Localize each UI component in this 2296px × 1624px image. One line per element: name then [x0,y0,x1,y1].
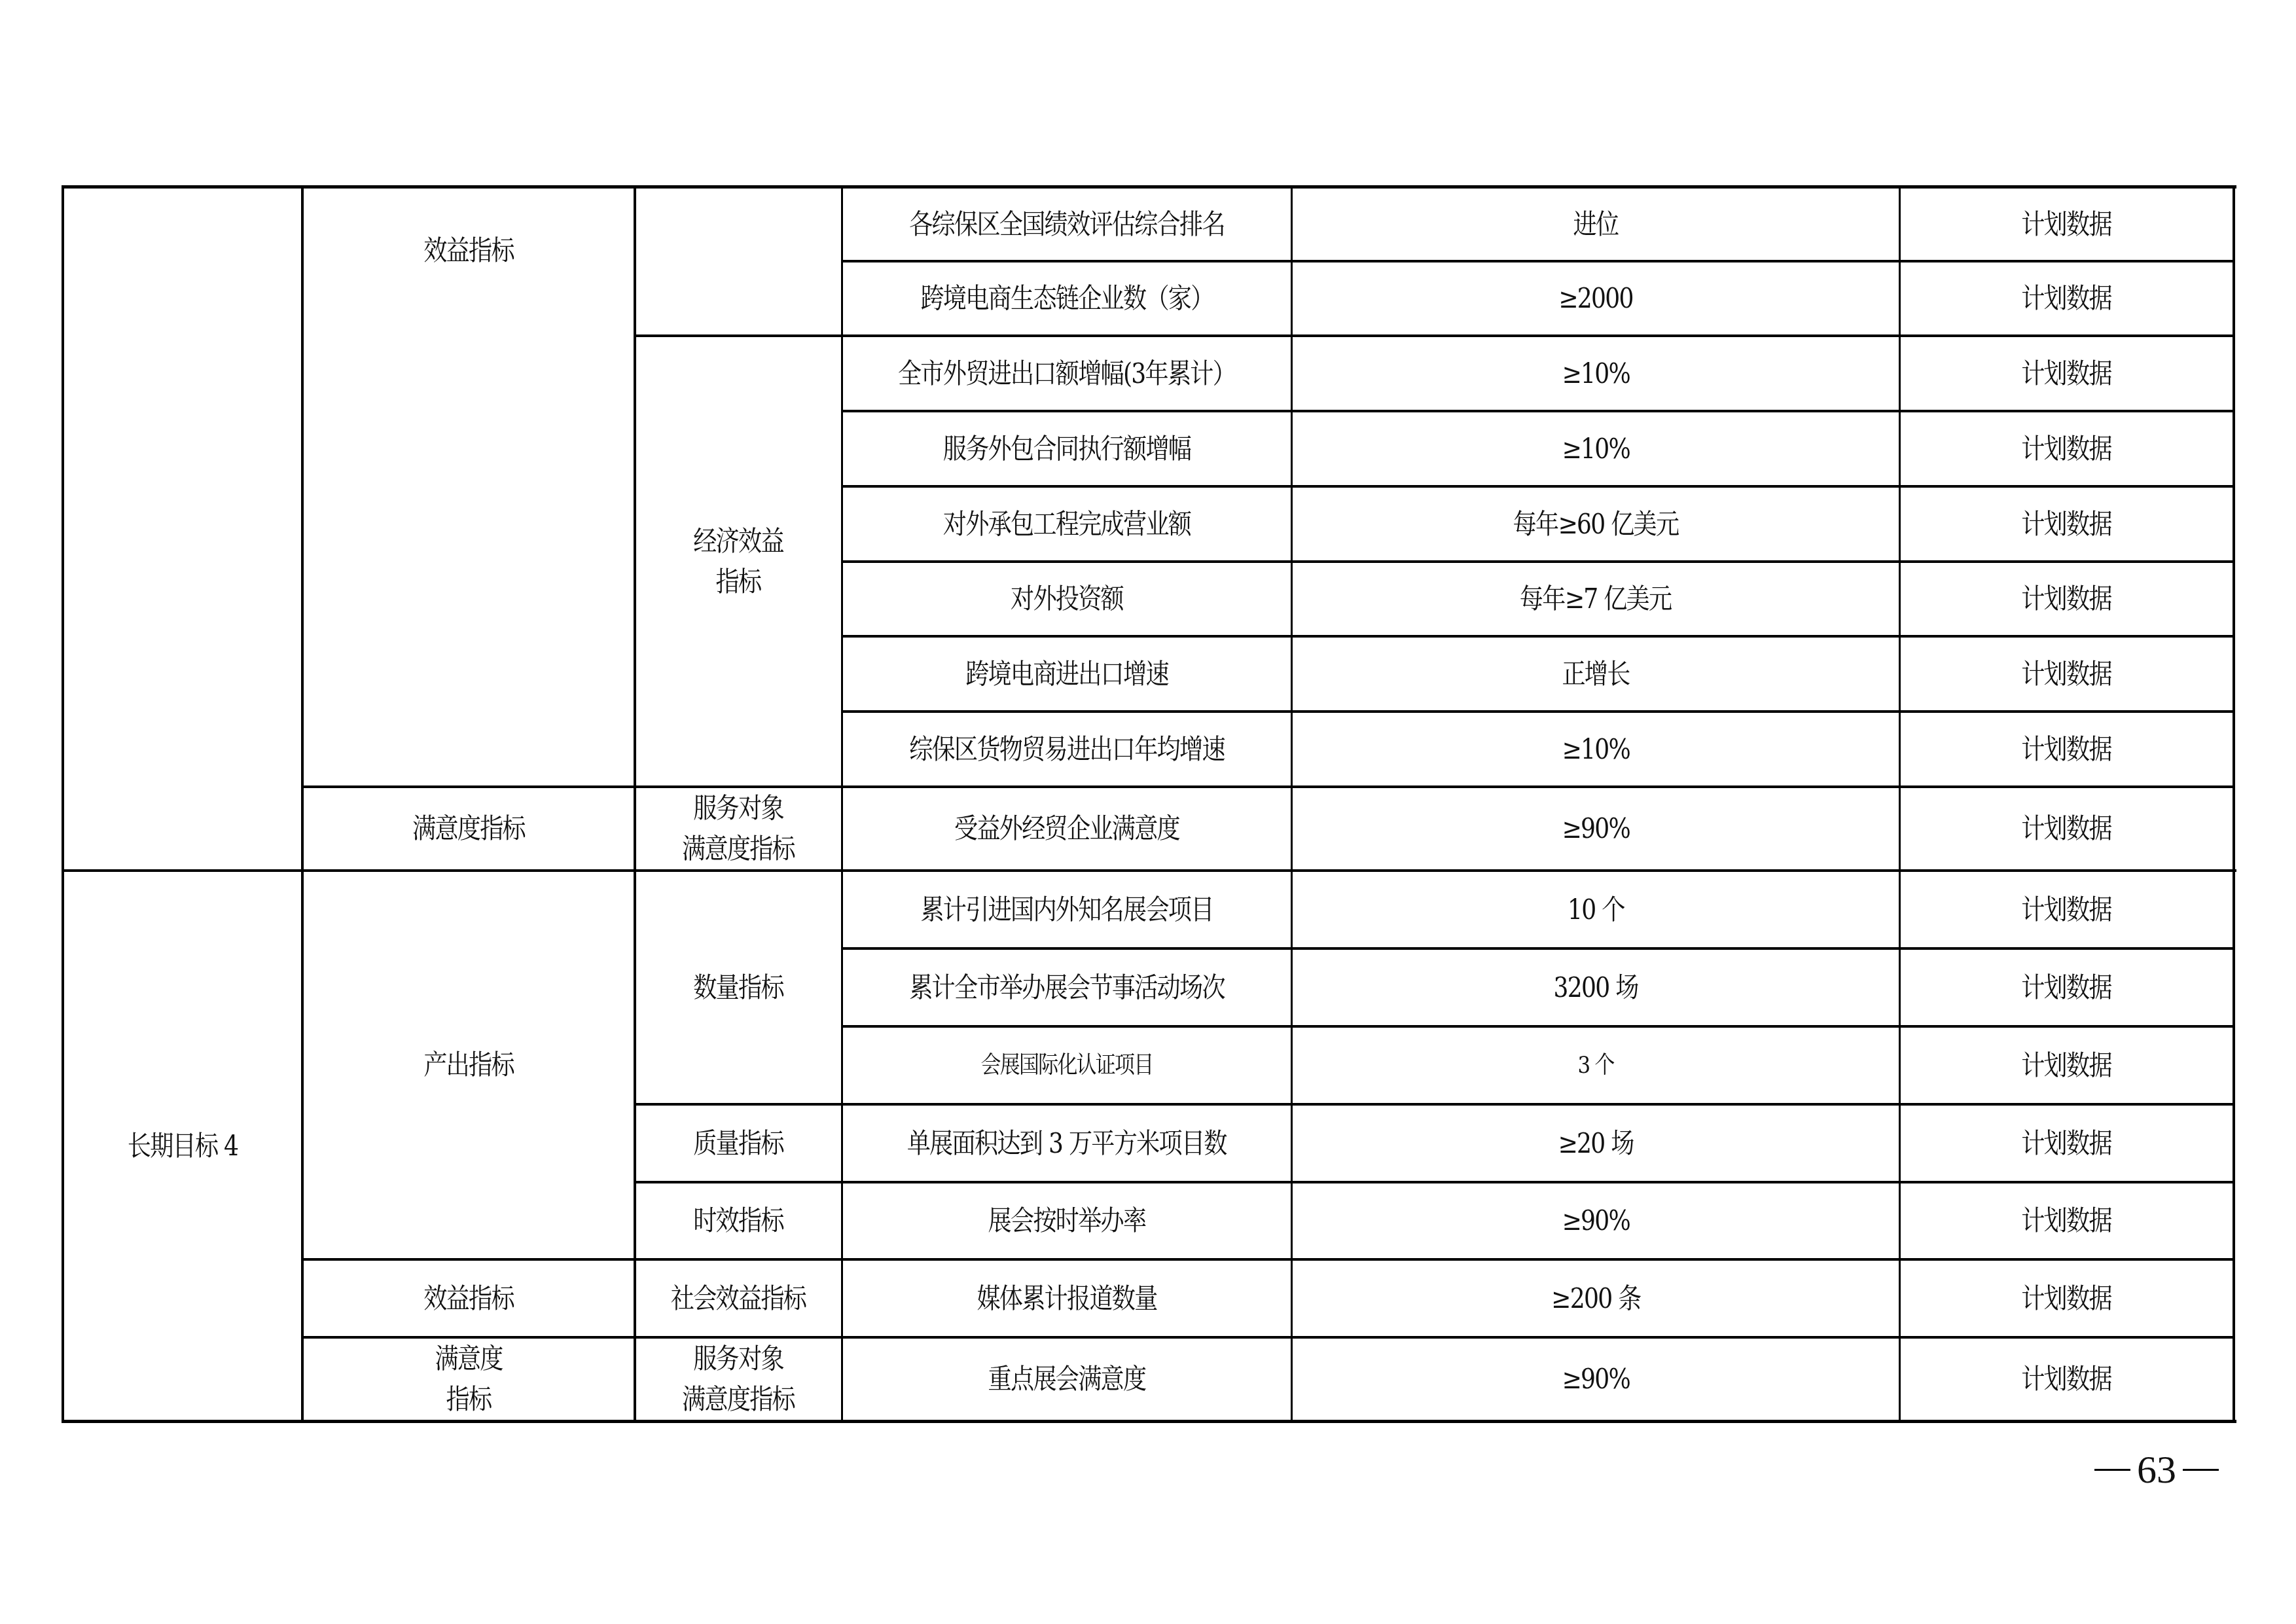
indicator-cell: 服务外包合同执行额增幅 [843,412,1291,485]
level1-label: 满意度 指标 [435,1339,502,1420]
target-text: 每年≥7 亿美元 [1520,579,1672,619]
level2-label: 数量指标 [694,967,784,1008]
indicator-text: 媒体累计报道数量 [977,1278,1157,1319]
source-text: 计划数据 [2022,1278,2112,1319]
target-cell: ≥20 场 [1293,1106,1899,1181]
page-number: 63 [2088,1447,2225,1492]
indicator-cell: 单展面积达到 3 万平方米项目数 [843,1106,1291,1181]
source-text: 计划数据 [2022,579,2112,619]
indicator-cell: 跨境电商生态链企业数（家） [843,262,1291,334]
target-text: ≥20 场 [1558,1123,1633,1164]
table-border-right [2233,185,2235,1423]
level1-cell: 产出指标 [304,872,634,1258]
source-text: 计划数据 [2022,504,2112,545]
target-text: 进位 [1573,204,1619,245]
indicator-text: 对外投资额 [1011,579,1123,619]
target-cell: 进位 [1293,189,1899,260]
source-text: 计划数据 [2022,967,2112,1008]
indicator-text: 累计全市举办展会节事活动场次 [909,967,1225,1008]
level2-label: 经济效益 指标 [694,521,784,602]
source-text: 计划数据 [2022,278,2112,319]
target-text: ≥90% [1562,1200,1630,1241]
target-cell: 3 个 [1293,1028,1899,1103]
indicator-cell: 对外承包工程完成营业额 [843,488,1291,560]
target-cell: ≥10% [1293,337,1899,410]
indicator-text: 跨境电商生态链企业数（家） [920,278,1213,319]
level2-label: 时效指标 [694,1200,784,1241]
target-text: ≥2000 [1558,278,1633,319]
target-cell: 正增长 [1293,638,1899,710]
indicator-text: 累计引进国内外知名展会项目 [920,890,1213,930]
indicator-text: 跨境电商进出口增速 [965,654,1168,695]
target-cell: 每年≥60 亿美元 [1293,488,1899,560]
target-text: ≥10% [1562,729,1630,770]
indicator-text: 综保区货物贸易进出口年均增速 [909,729,1225,770]
source-text: 计划数据 [2022,1045,2112,1086]
level1-cell: 效益指标 [304,1261,634,1336]
level2-cell: 服务对象 满意度指标 [636,788,841,869]
indicator-cell: 会展国际化认证项目 [843,1028,1291,1103]
source-cell: 计划数据 [1901,638,2233,710]
indicator-text: 单展面积达到 3 万平方米项目数 [907,1123,1227,1164]
target-text: ≥10% [1562,353,1630,394]
indicator-cell: 受益外经贸企业满意度 [843,788,1291,869]
indicator-cell: 重点展会满意度 [843,1339,1291,1420]
indicator-text: 对外承包工程完成营业额 [943,504,1191,545]
indicator-cell: 累计全市举办展会节事活动场次 [843,950,1291,1025]
target-cell: ≥200 条 [1293,1261,1899,1336]
table-border-bottom [62,1420,2236,1423]
source-text: 计划数据 [2022,204,2112,245]
level2-cell: 社会效益指标 [636,1261,841,1336]
source-cell: 计划数据 [1901,262,2233,334]
target-text: 3200 场 [1553,967,1638,1008]
source-cell: 计划数据 [1901,713,2233,785]
indicator-cell: 综保区货物贸易进出口年均增速 [843,713,1291,785]
level2-label: 服务对象 满意度指标 [682,788,795,869]
target-cell: ≥2000 [1293,262,1899,334]
source-text: 计划数据 [2022,1123,2112,1164]
source-cell: 计划数据 [1901,872,2233,947]
source-text: 计划数据 [2022,353,2112,394]
target-cell: ≥90% [1293,788,1899,869]
level2-cell: 数量指标 [636,872,841,1103]
level2-label: 服务对象 满意度指标 [682,1339,795,1420]
page-number-text: 63 [2137,1447,2176,1492]
level2-cell [636,189,841,334]
target-text: ≥200 条 [1551,1278,1640,1319]
level1-label: 效益指标 [423,1278,514,1319]
source-text: 计划数据 [2022,890,2112,930]
level2-cell: 时效指标 [636,1183,841,1258]
source-text: 计划数据 [2022,1359,2112,1399]
goal-cell [64,189,301,869]
target-cell: 3200 场 [1293,950,1899,1025]
level2-label: 社会效益指标 [671,1278,806,1319]
level2-cell: 服务对象 满意度指标 [636,1339,841,1420]
target-text: ≥10% [1562,429,1630,469]
indicator-text: 服务外包合同执行额增幅 [943,429,1191,469]
indicator-cell: 展会按时举办率 [843,1183,1291,1258]
goal-label: 长期目标 4 [128,1126,238,1166]
level2-label: 质量指标 [694,1123,784,1164]
target-cell: ≥90% [1293,1183,1899,1258]
target-cell: 10 个 [1293,872,1899,947]
em-dash-right [2183,1469,2219,1471]
level1-label: 效益指标 [423,230,514,271]
source-cell: 计划数据 [1901,950,2233,1025]
indicator-cell: 全市外贸进出口额增幅(3年累计） [843,337,1291,410]
indicator-text: 受益外经贸企业满意度 [954,808,1179,849]
indicator-text: 展会按时举办率 [988,1200,1146,1241]
source-cell: 计划数据 [1901,1028,2233,1103]
level1-label: 产出指标 [423,1045,514,1085]
indicator-cell: 媒体累计报道数量 [843,1261,1291,1336]
target-text: 10 个 [1568,890,1624,930]
source-text: 计划数据 [2022,729,2112,770]
document-page: 效益指标 经济效益 指标 各综保区全国绩效评估综合排名 进位 计划数据 跨境电商… [0,0,2296,1624]
indicator-text: 各综保区全国绩效评估综合排名 [909,204,1225,245]
indicator-cell: 对外投资额 [843,563,1291,635]
source-cell: 计划数据 [1901,788,2233,869]
target-cell: ≥90% [1293,1339,1899,1420]
indicator-text: 全市外贸进出口额增幅(3年累计） [898,353,1235,394]
source-cell: 计划数据 [1901,1106,2233,1181]
level1-cell: 满意度 指标 [304,1339,634,1420]
level1-cell: 满意度指标 [304,788,634,869]
source-cell: 计划数据 [1901,1339,2233,1420]
source-text: 计划数据 [2022,429,2112,469]
level2-cell: 质量指标 [636,1106,841,1181]
indicator-text: 重点展会满意度 [988,1359,1146,1399]
indicator-cell: 跨境电商进出口增速 [843,638,1291,710]
target-cell: ≥10% [1293,412,1899,485]
source-cell: 计划数据 [1901,1183,2233,1258]
source-cell: 计划数据 [1901,488,2233,560]
source-text: 计划数据 [2022,654,2112,695]
source-cell: 计划数据 [1901,412,2233,485]
level1-label: 满意度指标 [412,808,525,849]
source-cell: 计划数据 [1901,563,2233,635]
source-cell: 计划数据 [1901,189,2233,260]
source-text: 计划数据 [2022,1200,2112,1241]
indicator-cell: 累计引进国内外知名展会项目 [843,872,1291,947]
em-dash-left [2094,1469,2130,1471]
target-text: 每年≥60 亿美元 [1513,504,1679,545]
level2-cell: 经济效益 指标 [636,337,841,785]
level1-cell: 效益指标 [304,189,634,785]
indicator-text: 会展国际化认证项目 [980,1045,1153,1086]
target-text: ≥90% [1562,808,1630,849]
target-cell: 每年≥7 亿美元 [1293,563,1899,635]
indicator-cell: 各综保区全国绩效评估综合排名 [843,189,1291,260]
target-text: 3 个 [1577,1045,1613,1086]
source-cell: 计划数据 [1901,337,2233,410]
target-text: ≥90% [1562,1359,1630,1399]
target-text: 正增长 [1562,654,1629,695]
source-cell: 计划数据 [1901,1261,2233,1336]
goal-cell: 长期目标 4 [64,872,301,1420]
source-text: 计划数据 [2022,808,2112,849]
target-cell: ≥10% [1293,713,1899,785]
